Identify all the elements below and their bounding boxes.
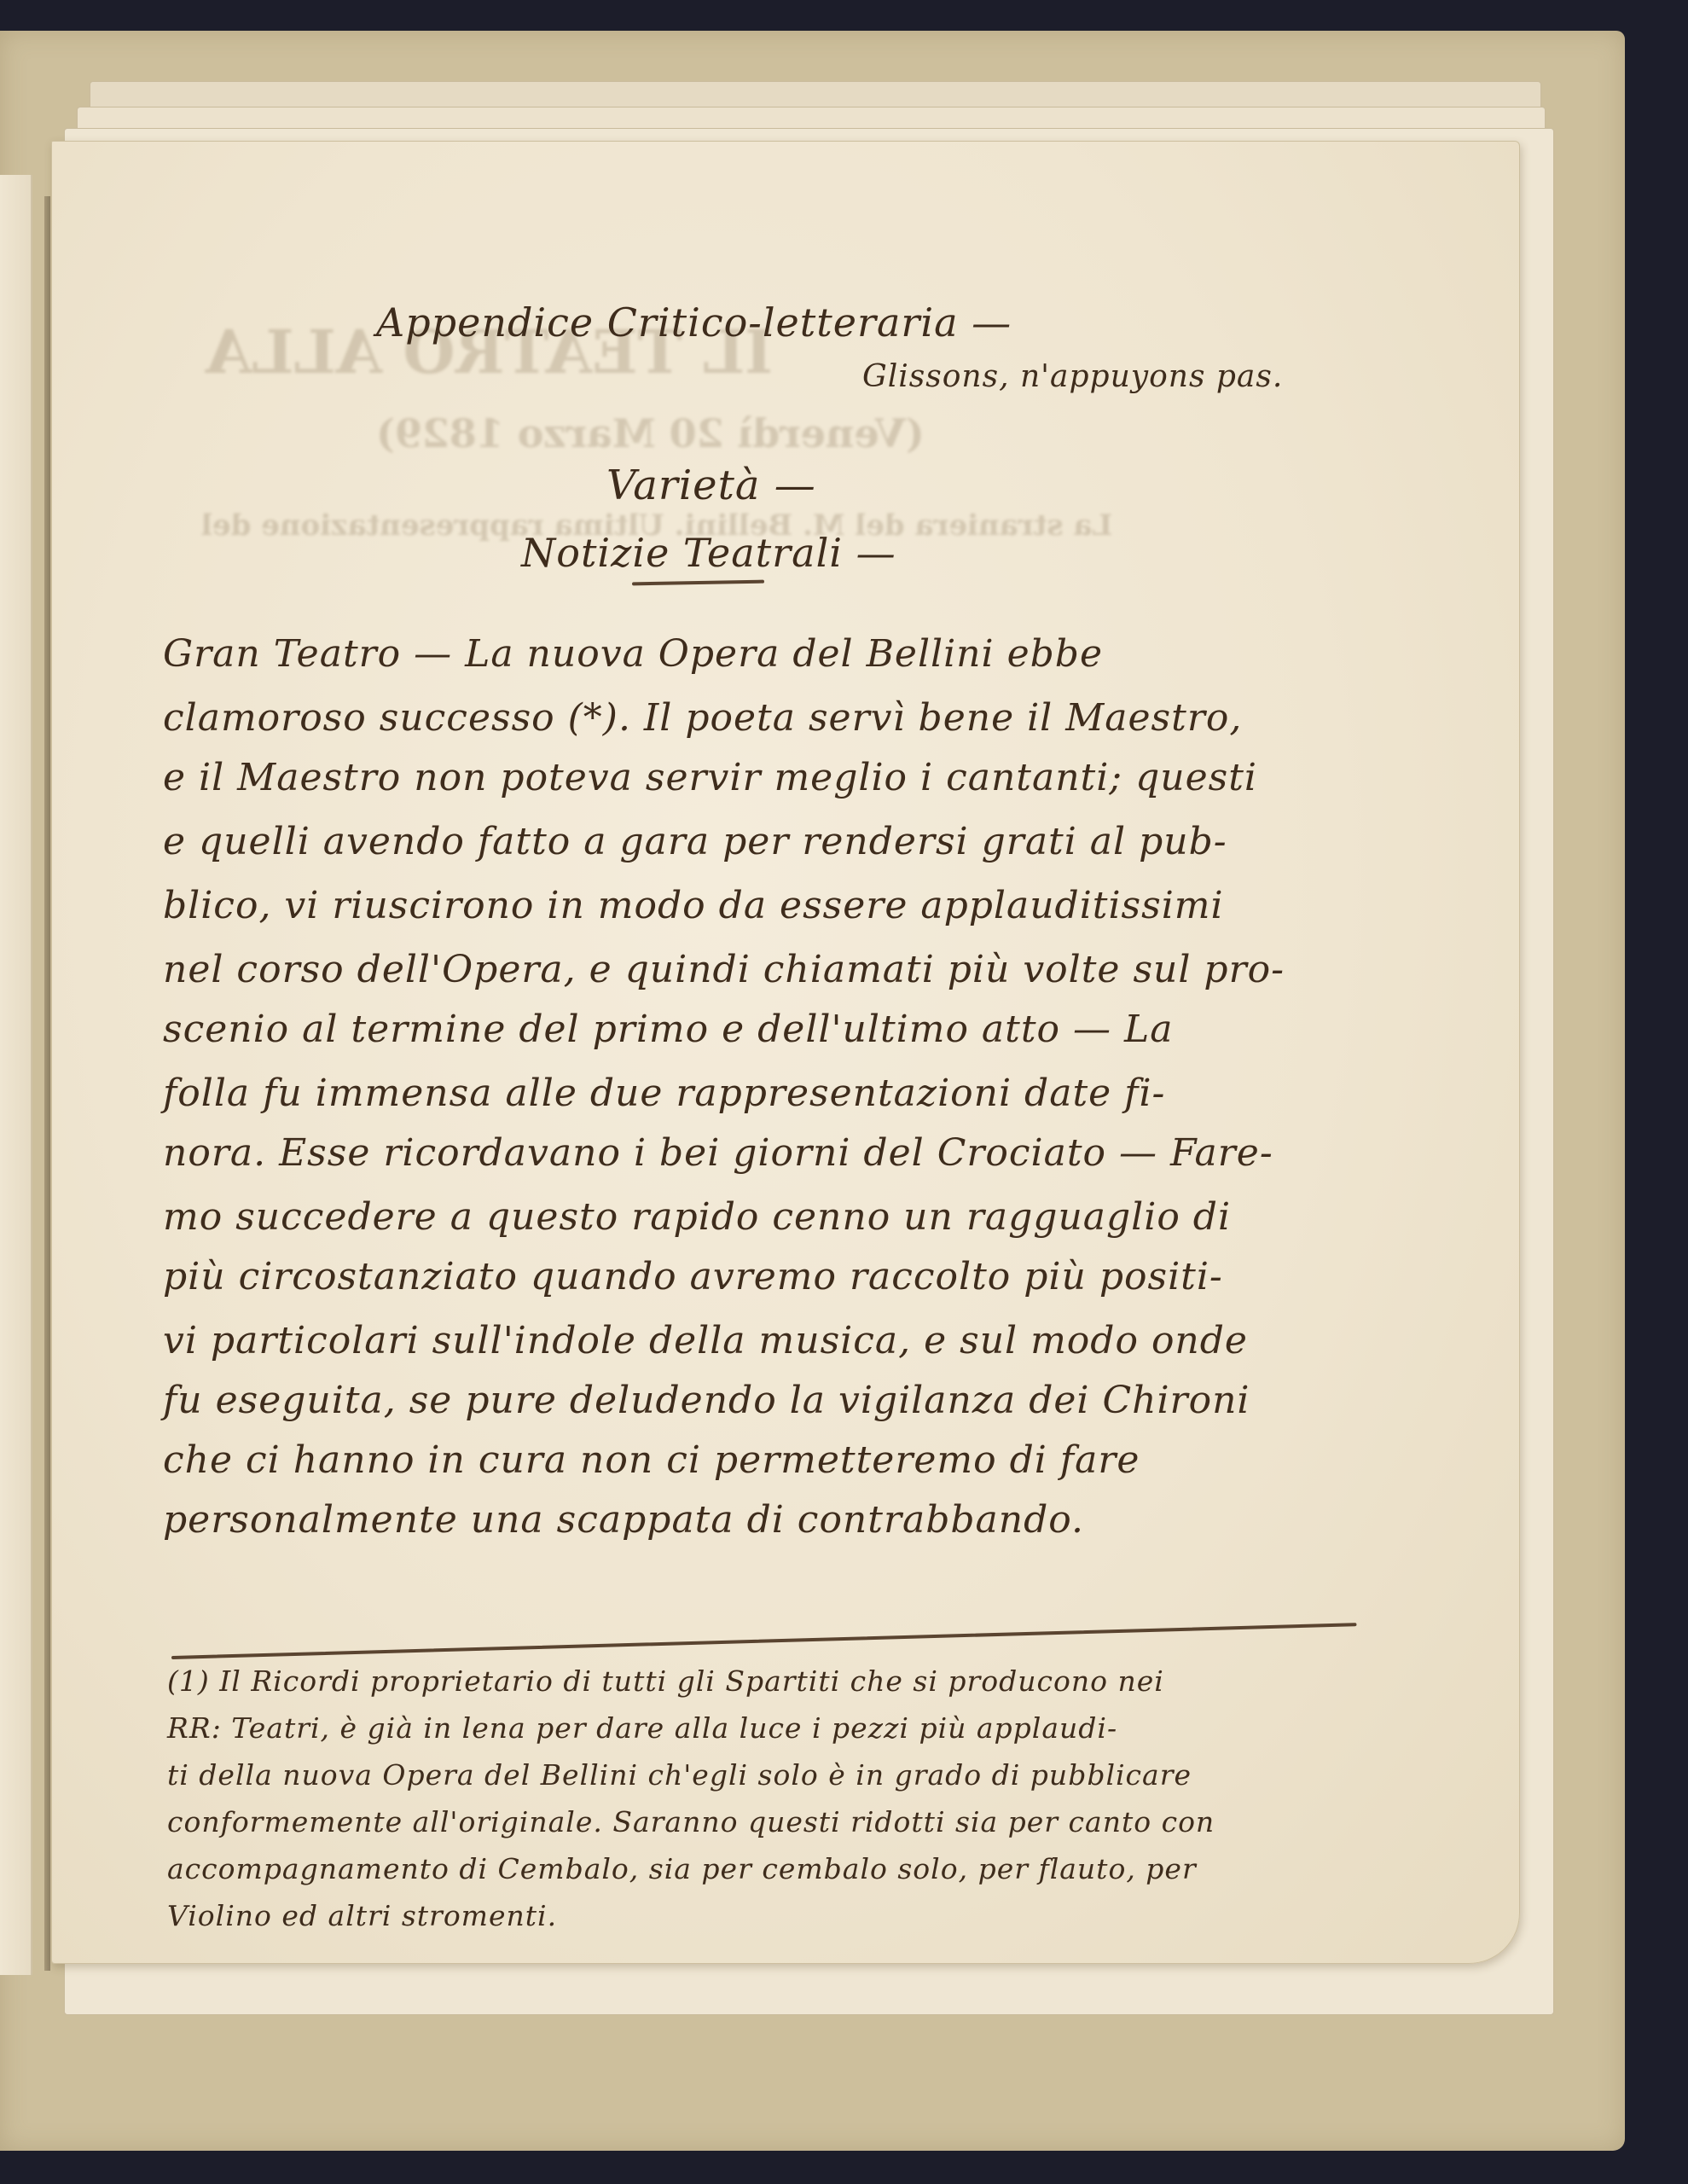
page-title: Appendice Critico-letteraria — bbox=[376, 299, 1012, 346]
body-line: e quelli avendo fatto a gara per renders… bbox=[163, 820, 1227, 863]
subsection-heading: Notizie Teatrali — bbox=[521, 530, 896, 576]
manuscript-page: IL TEATRO ALLA (Venerdì 20 Marzo 1829) L… bbox=[51, 141, 1520, 1964]
footnote-line: accompagnamento di Cembalo, sia per cemb… bbox=[167, 1852, 1197, 1885]
body-line: folla fu immensa alle due rappresentazio… bbox=[163, 1072, 1165, 1115]
body-line: nel corso dell'Opera, e quindi chiamati … bbox=[163, 948, 1285, 991]
body-line: blico, vi riuscirono in modo da essere a… bbox=[163, 884, 1224, 927]
body-line: Gran Teatro — La nuova Opera del Bellini… bbox=[163, 632, 1103, 676]
motto: Glissons, n'appuyons pas. bbox=[862, 359, 1283, 394]
footnote-separator bbox=[171, 1623, 1357, 1659]
binding-gutter bbox=[44, 196, 50, 1971]
body-line: fu eseguita, se pure deludendo la vigila… bbox=[163, 1379, 1250, 1422]
body-line: nora. Esse ricordavano i bei giorni del … bbox=[163, 1131, 1273, 1175]
body-line: che ci hanno in cura non ci permetteremo… bbox=[163, 1438, 1140, 1482]
body-line: e il Maestro non poteva servir meglio i … bbox=[163, 756, 1257, 799]
section-heading: Varietà — bbox=[606, 462, 816, 509]
body-line: mo succedere a questo rapido cenno un ra… bbox=[163, 1195, 1231, 1239]
body-line: più circostanziato quando avremo raccolt… bbox=[163, 1255, 1223, 1298]
footnote-line: Violino ed altri stromenti. bbox=[167, 1899, 557, 1932]
body-line: clamoroso successo (*). Il poeta servì b… bbox=[163, 696, 1242, 740]
body-line: scenio al termine del primo e dell'ultim… bbox=[163, 1008, 1173, 1051]
footnote-line: (1) Il Ricordi proprietario di tutti gli… bbox=[167, 1664, 1164, 1698]
footnote-line: ti della nuova Opera del Bellini ch'egli… bbox=[167, 1758, 1192, 1792]
underline bbox=[632, 580, 764, 586]
facing-page-edge bbox=[0, 175, 32, 1975]
bleed-through-date: (Venerdì 20 Marzo 1829) bbox=[376, 410, 925, 456]
body-line: vi particolari sull'indole della musica,… bbox=[163, 1319, 1248, 1362]
body-line: personalmente una scappata di contrabban… bbox=[163, 1498, 1084, 1542]
footnote-line: RR: Teatri, è già in lena per dare alla … bbox=[167, 1711, 1117, 1745]
footnote-line: conformemente all'originale. Saranno que… bbox=[167, 1805, 1215, 1838]
